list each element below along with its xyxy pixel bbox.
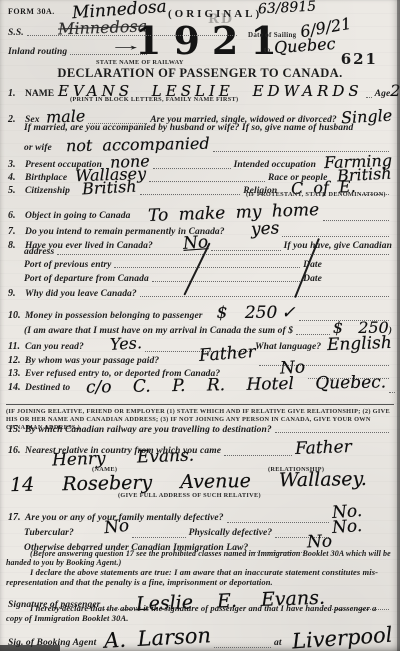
q8-date2-label: Date xyxy=(303,274,322,284)
dotted-leader xyxy=(366,96,372,98)
dotted-leader xyxy=(57,253,389,255)
form-title: DECLARATION OF PASSENGER TO CANADA. xyxy=(0,66,400,81)
q16-relative-name-handwritten: Henry Evans. xyxy=(52,446,195,471)
q14-number: 14. xyxy=(8,382,25,393)
dotted-leader xyxy=(389,391,395,393)
q9-label: Why did you leave Canada? xyxy=(25,289,137,299)
agent-declaration-statement: I hereby declare that the above is the s… xyxy=(6,604,392,623)
dotted-leader xyxy=(152,280,300,282)
q17-number: 17. xyxy=(8,512,25,523)
q8-address-label: address xyxy=(24,247,54,257)
to-label: to xyxy=(264,46,270,54)
dotted-leader xyxy=(114,266,300,268)
ss-label: S.S. xyxy=(8,28,24,38)
form-number: FORM 30A. xyxy=(8,7,55,16)
question-2-line2: If married, are you accompanied by husba… xyxy=(24,123,392,133)
question-15-row: 15. By which Canadian railway are you tr… xyxy=(8,424,392,435)
question-14-row: 14. Destined to c/o C. P. R. Hotel Quebe… xyxy=(8,375,392,395)
question-9-row: 9. Why did you leave Canada? xyxy=(8,288,392,299)
dotted-leader xyxy=(214,646,271,648)
q16-address-label: (GIVE FULL ADDRESS OF SUCH RELATIVE) xyxy=(118,492,261,499)
q8-port-entry-label: Port of previous entry xyxy=(24,260,111,270)
q10-number: 10. xyxy=(8,310,25,321)
scanned-form-30a: FORM 30A. Minnedosa (ORIGINAL) 63/8915 R… xyxy=(0,0,400,651)
q14-label: Destined to xyxy=(25,383,70,393)
year-stamp: 1921 xyxy=(135,18,289,63)
agent-place-handwritten: Liverpool xyxy=(291,623,393,651)
dotted-leader xyxy=(140,295,389,297)
q15-label: By which Canadian railway are you travel… xyxy=(25,425,272,435)
ss-value-handwritten: Minnedosa xyxy=(58,16,148,38)
dotted-leader xyxy=(275,431,389,433)
question-8-port-departure-row: Port of departure from Canada Date xyxy=(24,274,392,284)
declaration-statement: I declare the above statements are true:… xyxy=(6,568,392,587)
dotted-leader xyxy=(224,454,292,456)
q1-subcaption: (PRINT IN BLOCK LETTERS, FAMILY NAME FIR… xyxy=(70,96,238,103)
q2-number: 2. xyxy=(8,114,25,125)
q8-number: 8. xyxy=(8,240,25,251)
q5-citizenship-handwritten: British xyxy=(81,177,137,199)
state-name-of-rail-label: STATE NAME OF RAILWAY xyxy=(96,59,184,66)
file-number-handwritten: 63/8915 xyxy=(258,0,317,18)
q14-destined-handwritten: c/o C. P. R. Hotel Quebec. xyxy=(86,372,386,397)
booklet-note: (Before answering question 17 see the pr… xyxy=(6,549,392,567)
scan-artifact xyxy=(0,645,60,651)
q1-age-label: Age xyxy=(375,89,391,99)
q5-label: Citizenship xyxy=(25,186,70,196)
question-8-port-entry-row: Port of previous entry Date xyxy=(24,260,392,270)
q5-subcaption: (IF PROTESTANT, STATE DENOMINATION) xyxy=(246,191,386,198)
routing-arrow-icon: → xyxy=(108,38,144,55)
dotted-leader xyxy=(140,193,241,195)
q16-relative-handwritten: Father xyxy=(295,437,352,459)
q15-number: 15. xyxy=(8,424,25,435)
q5-number: 5. xyxy=(8,185,25,196)
q1-number: 1. xyxy=(8,88,25,99)
q16-number: 16. xyxy=(8,445,25,456)
q2-line2-label: If married, are you accompanied by husba… xyxy=(24,123,353,133)
q1-label: NAME xyxy=(25,89,54,99)
inland-routing-label: Inland routing xyxy=(8,47,67,57)
signature-agent-row: Sig. of Booking Agent A. Larson at Liver… xyxy=(8,626,392,650)
destination-port-handwritten: Quebec xyxy=(273,34,336,57)
q9-number: 9. xyxy=(8,288,25,299)
signature-agent-handwritten: A. Larson xyxy=(104,623,212,651)
q8-port-departure-label: Port of departure from Canada xyxy=(24,274,149,284)
at-label: at xyxy=(274,638,282,648)
